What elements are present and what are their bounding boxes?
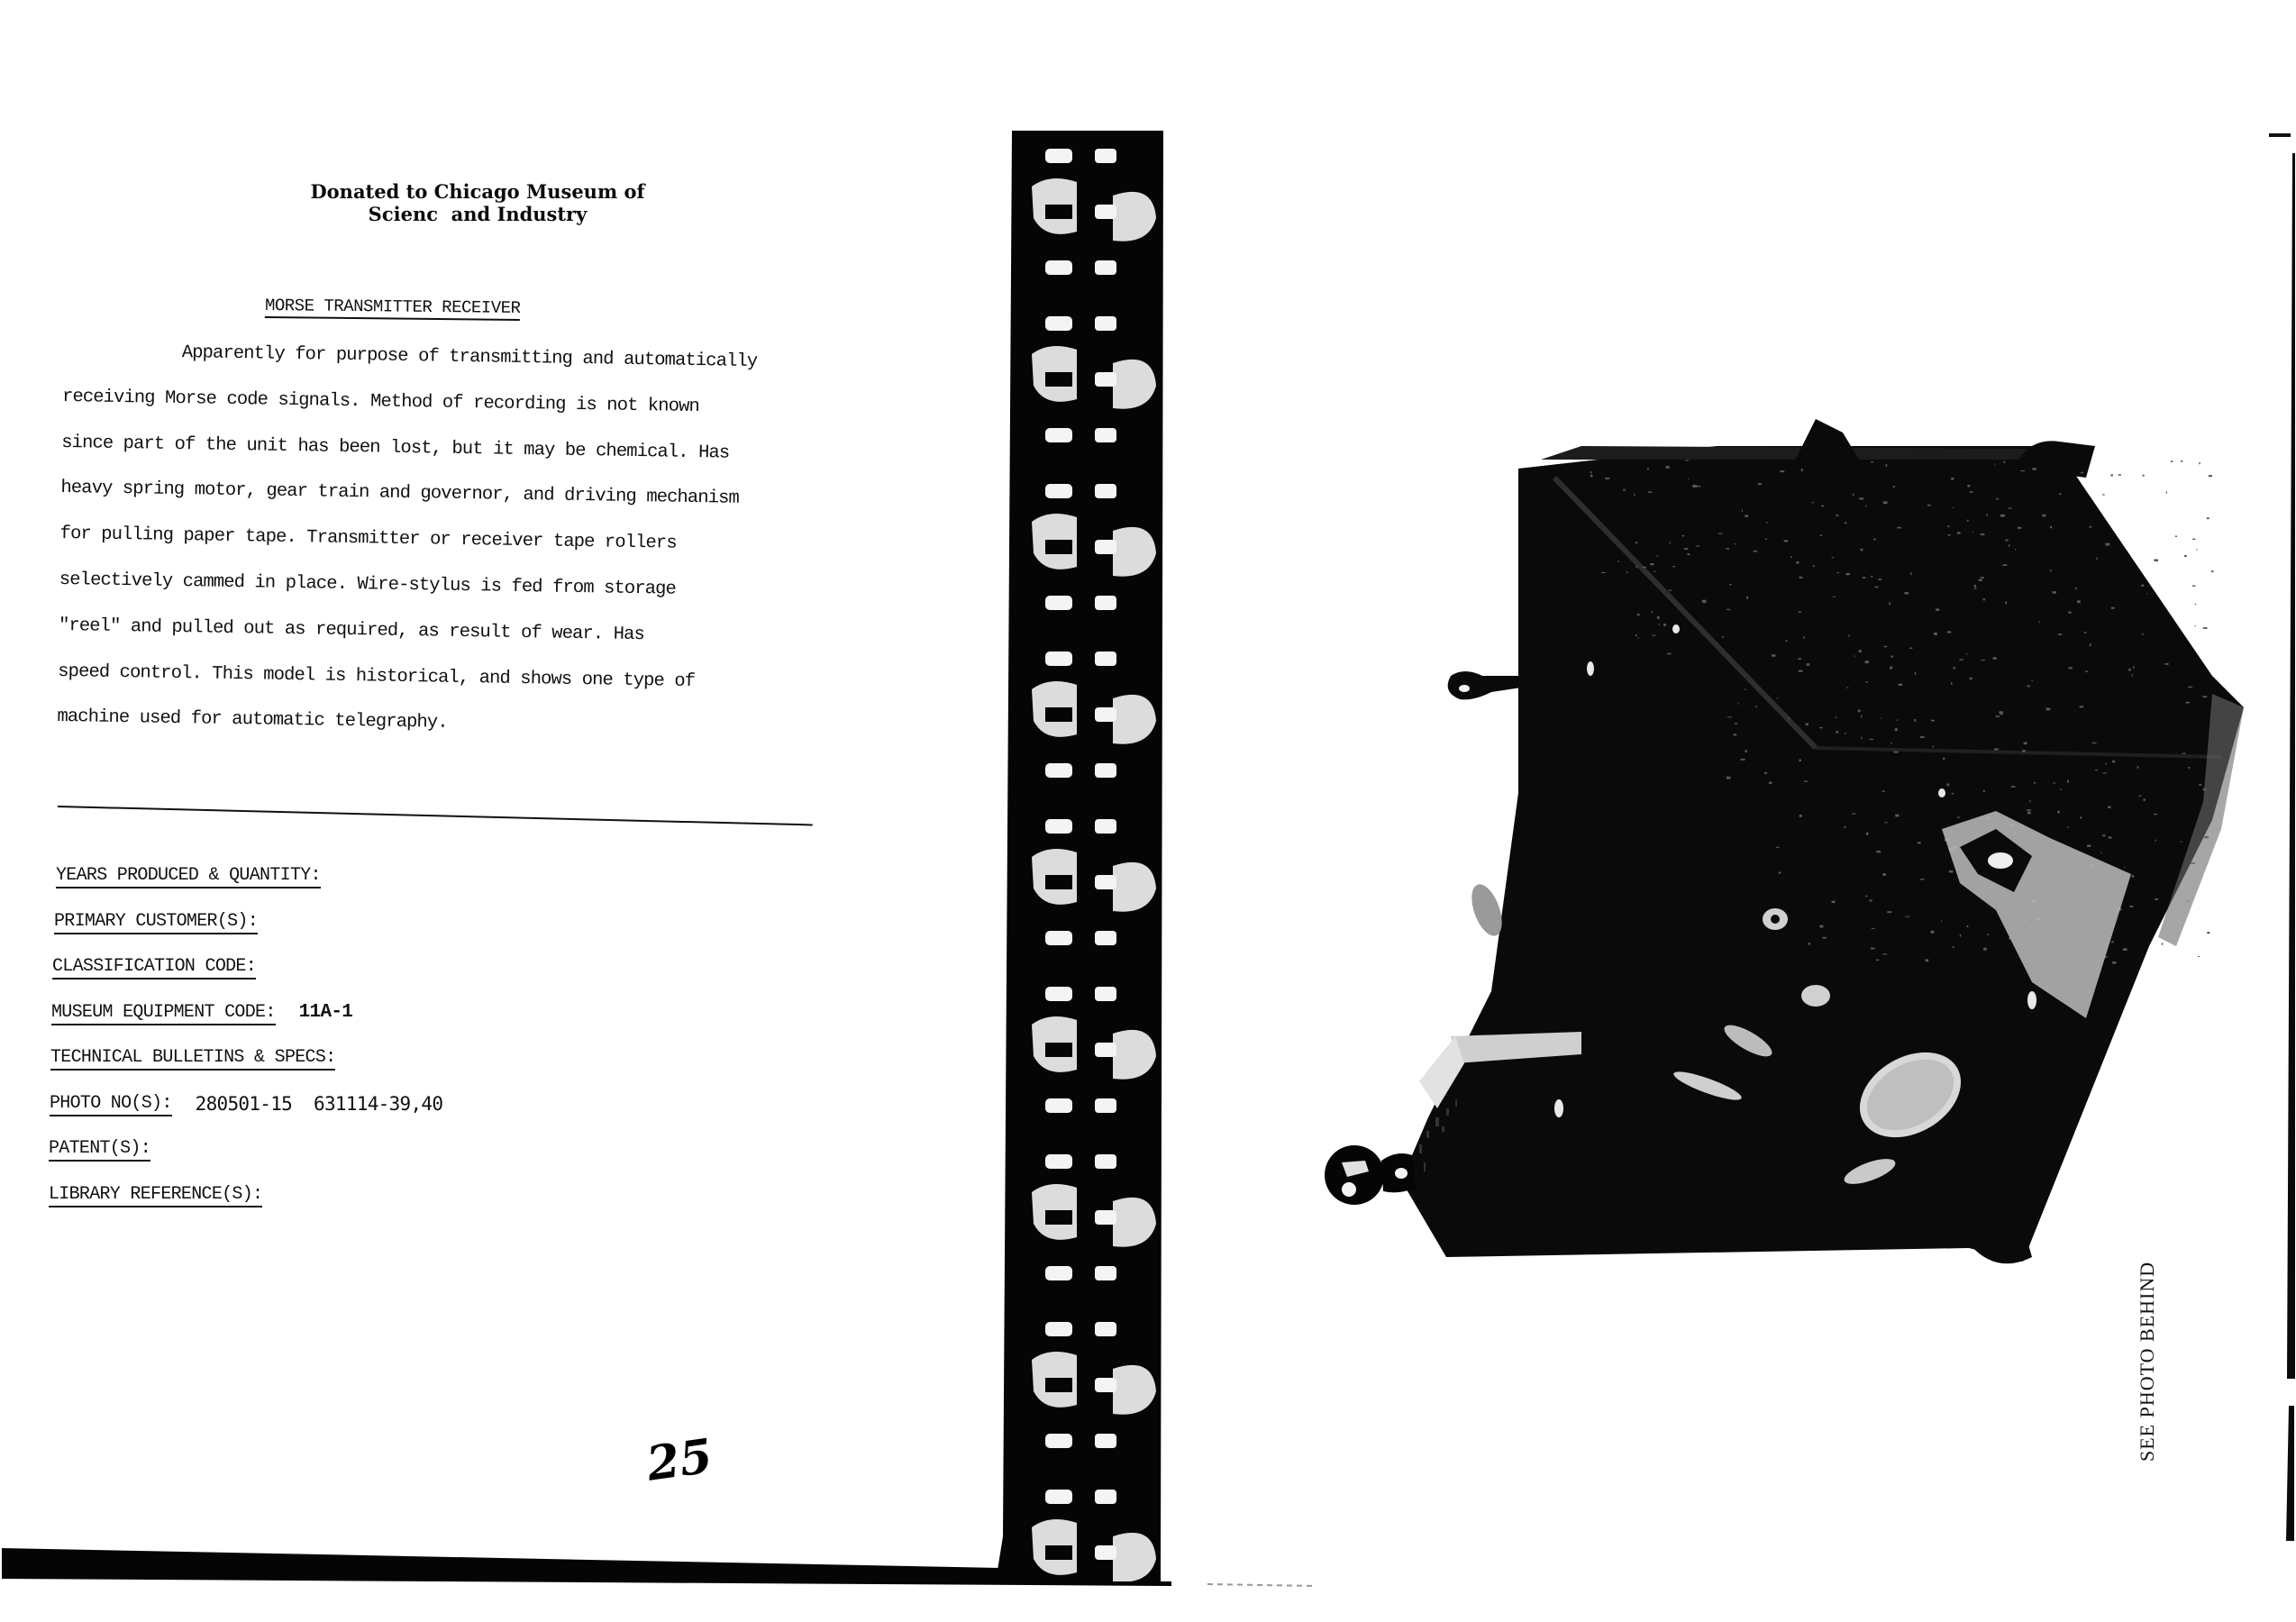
section-divider	[58, 806, 813, 825]
field-library-references: LIBRARY REFERENCE(S):	[49, 1184, 442, 1230]
field-label: YEARS PRODUCED & QUANTITY:	[56, 865, 321, 888]
field-primary-customers: PRIMARY CUSTOMER(S):	[54, 911, 442, 957]
document-title: MORSE TRANSMITTER RECEIVER	[265, 296, 521, 321]
field-value: 280501-15 631114-39,40	[196, 1093, 443, 1115]
field-value: 11A-1	[299, 1002, 353, 1023]
spiral-binding	[996, 131, 1167, 1581]
record-fields: YEARS PRODUCED & QUANTITY: PRIMARY CUSTO…	[54, 865, 442, 1229]
field-label: CLASSIFICATION CODE:	[52, 956, 256, 980]
left-page: Donated to Chicago Museum of Scienc and …	[0, 0, 1018, 1622]
field-label: PHOTO NO(S):	[50, 1093, 172, 1116]
field-label: TECHNICAL BULLETINS & SPECS:	[50, 1047, 335, 1071]
field-years-produced: YEARS PRODUCED & QUANTITY:	[56, 865, 442, 911]
description-paragraph: Apparently for purpose of transmitting a…	[57, 341, 838, 765]
field-technical-bulletins: TECHNICAL BULLETINS & SPECS:	[50, 1047, 442, 1093]
field-label: PRIMARY CUSTOMER(S):	[54, 911, 258, 934]
field-photo-numbers: PHOTO NO(S): 280501-15 631114-39,40	[50, 1093, 442, 1139]
donation-heading: Donated to Chicago Museum of Scienc and …	[306, 180, 649, 225]
donation-line-1: Donated to Chicago Museum of	[306, 180, 649, 203]
handwritten-page-number: 25	[643, 1428, 715, 1491]
field-classification-code: CLASSIFICATION CODE:	[52, 956, 442, 1002]
field-museum-equipment-code: MUSEUM EQUIPMENT CODE: 11A-1	[51, 1002, 442, 1048]
field-patents: PATENT(S):	[49, 1138, 442, 1184]
field-label: MUSEUM EQUIPMENT CODE:	[51, 1002, 276, 1025]
field-label: LIBRARY REFERENCE(S):	[49, 1184, 262, 1207]
donation-line-2: Scienc and Industry	[306, 203, 649, 225]
right-page-edge	[2278, 0, 2296, 1622]
field-label: PATENT(S):	[49, 1138, 150, 1162]
see-photo-behind-note: SEE PHOTO BEHIND	[2136, 1254, 2159, 1462]
machine-photo	[1311, 405, 2266, 1289]
